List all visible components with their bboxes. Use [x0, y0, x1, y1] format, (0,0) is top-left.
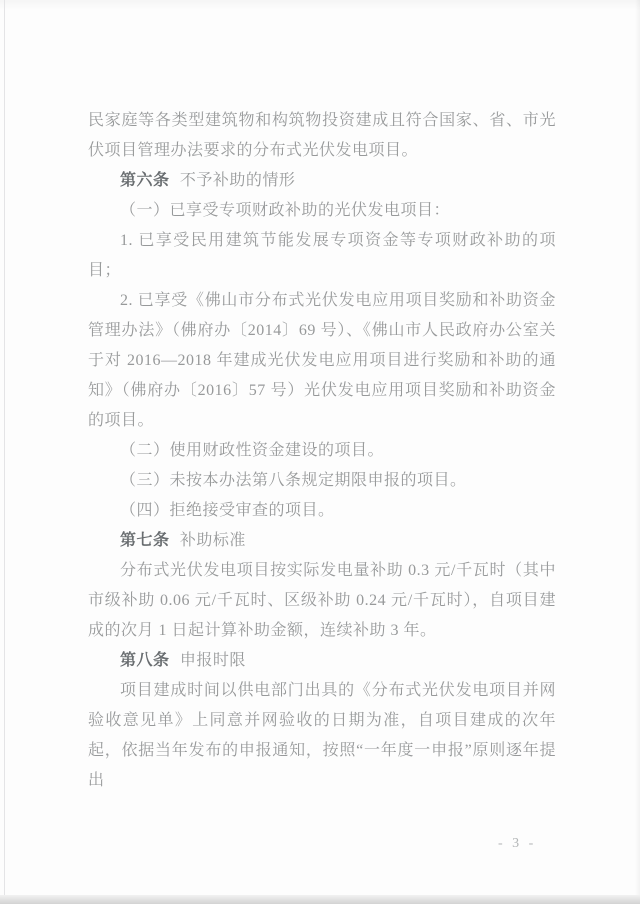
article-title: 补助标准	[180, 532, 246, 549]
article-heading: 第八条申报时限	[88, 646, 556, 676]
page-edge-bottom	[0, 895, 640, 904]
paragraph: 项目建成时间以供电部门出具的《分布式光伏发电项目并网验收意见单》上同意并网验收的…	[88, 676, 556, 796]
article-title: 申报时限	[180, 652, 246, 669]
document-body: 民家庭等各类型建筑物和构筑物投资建成且符合国家、省、市光伏项目管理办法要求的分布…	[88, 106, 556, 796]
page-edge-right	[635, 0, 640, 904]
page-edge-left	[4, 0, 5, 904]
paragraph: （三）未按本办法第八条规定期限申报的项目。	[88, 466, 556, 496]
article-number: 第六条	[120, 172, 170, 189]
paragraph: 2. 已享受《佛山市分布式光伏发电应用项目奖励和补助资金管理办法》（佛府办〔20…	[88, 286, 556, 436]
paragraph: （二）使用财政性资金建设的项目。	[88, 436, 556, 466]
page-number: - 3 -	[498, 836, 536, 852]
paragraph: （一）已享受专项财政补助的光伏发电项目：	[88, 196, 556, 226]
article-number: 第七条	[120, 532, 170, 549]
paragraph: 民家庭等各类型建筑物和构筑物投资建成且符合国家、省、市光伏项目管理办法要求的分布…	[88, 106, 556, 166]
paragraph: 分布式光伏发电项目按实际发电量补助 0.3 元/千瓦时（其中市级补助 0.06 …	[88, 556, 556, 646]
page-edge-top	[0, 0, 640, 10]
article-title: 不予补助的情形	[180, 172, 296, 189]
article-number: 第八条	[120, 652, 170, 669]
paragraph: 1. 已享受民用建筑节能发展专项资金等专项财政补助的项目；	[88, 226, 556, 286]
paragraph: （四）拒绝接受审查的项目。	[88, 496, 556, 526]
article-heading: 第七条补助标准	[88, 526, 556, 556]
article-heading: 第六条不予补助的情形	[88, 166, 556, 196]
document-page: 民家庭等各类型建筑物和构筑物投资建成且符合国家、省、市光伏项目管理办法要求的分布…	[0, 0, 640, 904]
